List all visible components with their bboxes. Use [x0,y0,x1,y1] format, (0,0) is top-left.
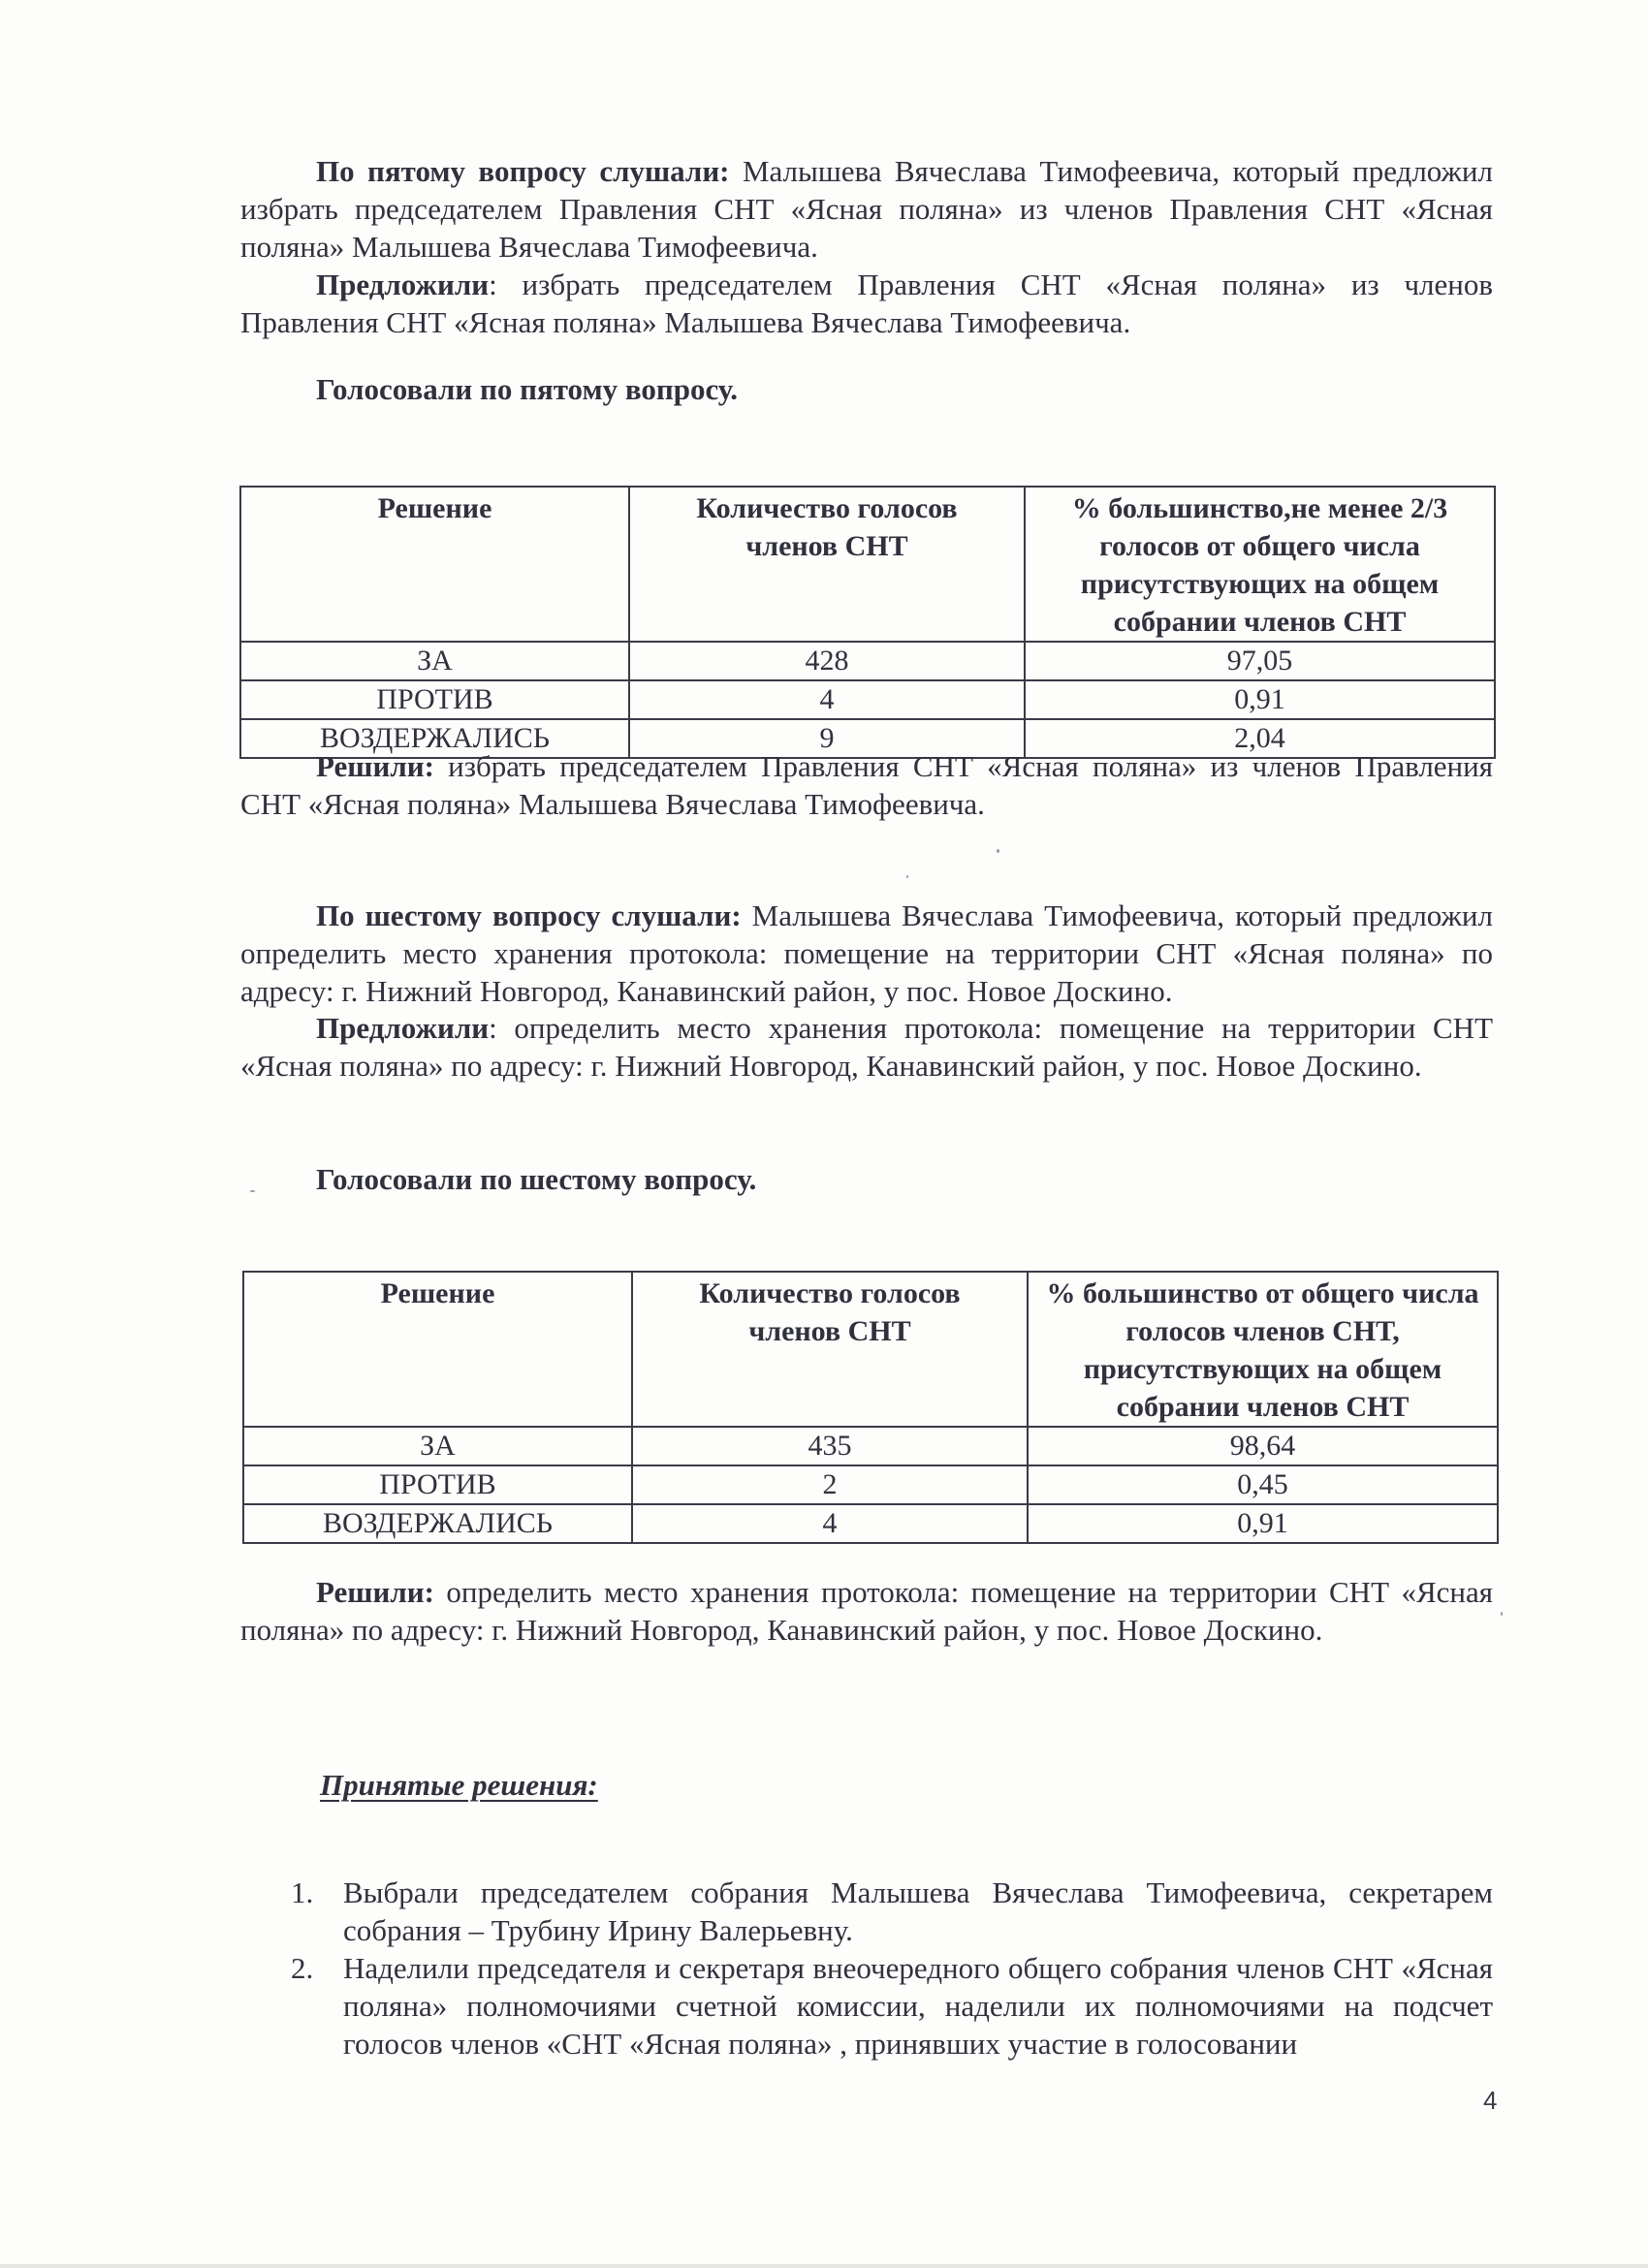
cell-decision: ПРОТИВ [243,1465,632,1504]
header-votes: Количество голосов членов СНТ [629,487,1025,642]
q5-proposed-label: Предложили [316,268,489,301]
table-row: ПРОТИВ 2 0,45 [243,1465,1498,1504]
header-decision: Решение [240,487,629,642]
cell-votes: 2 [632,1465,1028,1504]
q5-heard-label: По пятому вопросу слушали: [316,154,730,188]
q6-decided-label: Решили: [316,1575,434,1609]
list-item: 1. Выбрали председателем собрания Малыше… [291,1874,1493,1949]
table-row: ПРОТИВ 4 0,91 [240,680,1495,719]
header-percent: % большинство от общего числа голосов чл… [1028,1272,1498,1427]
decisions-title: Принятые решения: [320,1766,598,1804]
cell-decision: ПРОТИВ [240,680,629,719]
list-item-text: Выбрали председателем собрания Малышева … [343,1875,1493,1947]
cell-decision: ВОЗДЕРЖАЛИСЬ [243,1504,632,1543]
scan-speck [1501,1612,1503,1616]
q5-decided-label: Решили: [316,749,434,783]
table-header-row: Решение Количество голосов членов СНТ % … [243,1272,1498,1427]
q6-proposed-label: Предложили [316,1011,489,1045]
cell-votes: 4 [629,680,1025,719]
q5-proposed-paragraph: Предложили: избрать председателем Правле… [240,266,1493,341]
table-row: ВОЗДЕРЖАЛИСЬ 4 0,91 [243,1504,1498,1543]
q5-vote-table: Решение Количество голосов членов СНТ % … [239,486,1496,759]
q6-decided-paragraph: Решили: определить место хранения проток… [240,1573,1493,1649]
cell-votes: 435 [632,1427,1028,1465]
header-percent: % большинство,не менее 2/3 голосов от об… [1025,487,1495,642]
q5-decided-paragraph: Решили: избрать председателем Правления … [240,747,1493,823]
q6-vote-table: Решение Количество голосов членов СНТ % … [242,1271,1499,1544]
q5-voted-heading: Голосовали по пятому вопросу. [316,370,738,408]
header-decision: Решение [243,1272,632,1427]
page-number: 4 [1483,2086,1497,2116]
scan-speck [997,849,999,853]
cell-votes: 4 [632,1504,1028,1543]
scan-speck [906,875,908,878]
cell-percent: 98,64 [1028,1427,1498,1465]
q6-heard-label: По шестому вопросу слушали: [316,898,742,932]
cell-decision: ЗА [243,1427,632,1465]
page-edge [0,2264,1648,2268]
cell-percent: 0,45 [1028,1465,1498,1504]
cell-percent: 0,91 [1025,680,1495,719]
cell-percent: 97,05 [1025,642,1495,680]
table-row: ЗА 435 98,64 [243,1427,1498,1465]
table-header-row: Решение Количество голосов членов СНТ % … [240,487,1495,642]
q6-heard-paragraph: По шестому вопросу слушали: Малышева Вяч… [240,897,1493,1010]
decisions-list: 1. Выбрали председателем собрания Малыше… [291,1874,1493,2063]
list-item: 2. Наделили председателя и секретаря вне… [291,1949,1493,2063]
scan-speck [250,1190,255,1192]
cell-decision: ЗА [240,642,629,680]
q6-proposed-paragraph: Предложили: определить место хранения пр… [240,1009,1493,1085]
table-row: ЗА 428 97,05 [240,642,1495,680]
q5-heard-paragraph: По пятому вопросу слушали: Малышева Вяче… [240,152,1493,266]
cell-percent: 0,91 [1028,1504,1498,1543]
list-item-text: Наделили председателя и секретаря внеоче… [343,1951,1493,2061]
list-item-number: 2. [291,1949,313,1987]
cell-votes: 428 [629,642,1025,680]
list-item-number: 1. [291,1874,313,1911]
q6-voted-heading: Голосовали по шестому вопросу. [316,1160,756,1198]
header-votes: Количество голосов членов СНТ [632,1272,1028,1427]
